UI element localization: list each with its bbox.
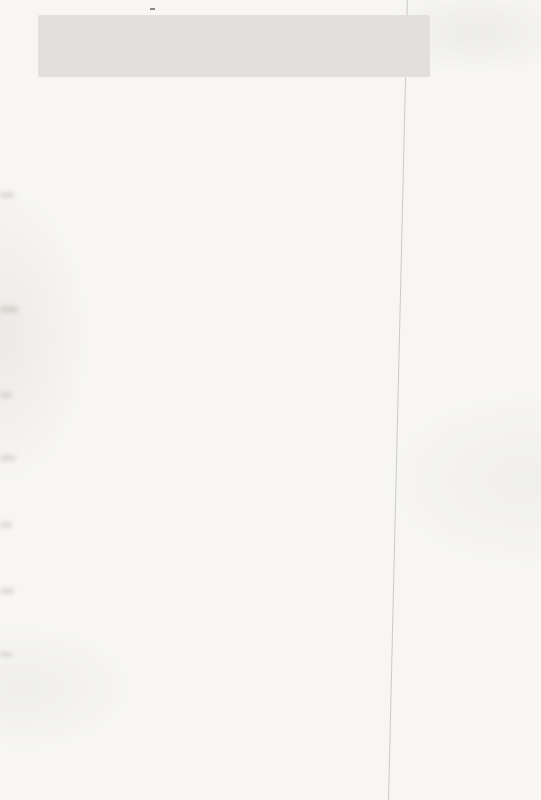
right-text-fragments xyxy=(430,15,512,77)
document-text-area xyxy=(30,6,512,79)
redaction-block-large xyxy=(38,15,430,77)
scan-artifact xyxy=(0,652,12,657)
scan-artifact xyxy=(0,522,12,528)
scan-artifact xyxy=(0,455,16,461)
scan-artifact xyxy=(0,392,12,398)
redacted-certificate-block xyxy=(30,15,512,77)
scan-artifact xyxy=(0,192,14,198)
scan-artifact xyxy=(0,306,18,313)
paper-fold-crease xyxy=(388,0,408,800)
scan-artifact xyxy=(0,588,14,594)
scanned-court-document-page xyxy=(0,0,541,800)
